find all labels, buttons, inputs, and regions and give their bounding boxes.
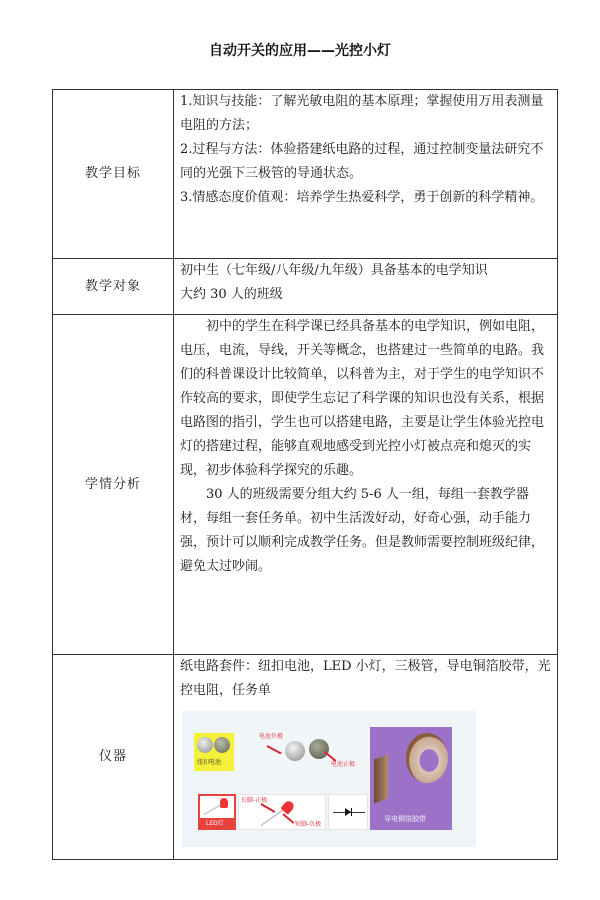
tape-strip	[374, 754, 388, 803]
led-label: LED灯	[206, 820, 224, 828]
led-polarity-box: 长脚-正极 短脚-负极	[238, 794, 326, 830]
battery-coin-icon	[214, 737, 230, 753]
analysis-paragraph-1: 初中的学生在科学课已经具备基本的电学知识，例如电阻，电压，电流，导线，开关等概念…	[180, 315, 551, 483]
led-leg	[261, 810, 283, 826]
battery-coin-icon	[285, 741, 305, 761]
led-icon	[220, 798, 228, 808]
battery-coin-icon	[197, 737, 213, 753]
arrow-icon	[267, 745, 282, 754]
document-title: 自动开关的应用——光控小灯	[0, 40, 600, 60]
arrow-icon	[282, 813, 294, 824]
equipment-figure: 纽扣电池 电池负极 电池正极 LED灯	[182, 711, 476, 847]
objective-knowledge: 1.知识与技能：了解光敏电阻的基本原理；掌握使用万用表测量电阻的方法；	[180, 90, 551, 138]
table-row-analysis: 学情分析 初中的学生在科学课已经具备基本的电学知识，例如电阻，电压，电流，导线，…	[53, 315, 558, 655]
led-image	[200, 796, 234, 818]
led-symbol-box	[328, 794, 368, 830]
analysis-content: 初中的学生在科学课已经具备基本的电学知识，例如电阻，电压，电流，导线，开关等概念…	[174, 315, 558, 655]
battery-coin-icon	[309, 739, 329, 759]
table-row-objectives: 教学目标 1.知识与技能：了解光敏电阻的基本原理；掌握使用万用表测量电阻的方法；…	[53, 90, 558, 259]
analysis-paragraph-2: 30 人的班级需要分组大约 5-6 人一组，每组一套教学器材，每组一套任务单。初…	[180, 483, 551, 579]
table-row-equipment: 仪器 纸电路套件：纽扣电池，LED 小灯，三极管，导电铜箔胶带，光控电阻，任务单…	[53, 655, 558, 860]
diode-bar	[351, 808, 352, 816]
row-label-audience: 教学对象	[53, 259, 174, 315]
button-battery-box: 纽扣电池	[194, 733, 234, 771]
audience-line-1: 初中生（七年级/八年级/九年级）具备基本的电学知识	[180, 259, 551, 283]
copper-tape-box: 导电铜箔胶带	[370, 727, 452, 830]
battery-polarity-box: 电池负极 电池正极	[237, 731, 375, 773]
led-short-leg-label: 短脚-负极	[295, 821, 321, 829]
objective-process: 2.过程与方法：体验搭建纸电路的过程，通过控制变量法研究不同的光强下三极管的导通…	[180, 138, 551, 186]
battery-negative-label: 电池负极	[259, 733, 283, 741]
copper-tape-label: 导电铜箔胶带	[384, 815, 426, 823]
led-box: LED灯	[198, 794, 236, 830]
audience-line-2: 大约 30 人的班级	[180, 283, 551, 307]
row-label-equipment: 仪器	[53, 655, 174, 860]
tape-roll-icon	[406, 733, 448, 783]
equipment-content: 纸电路套件：纽扣电池，LED 小灯，三极管，导电铜箔胶带，光控电阻，任务单 纽扣…	[174, 655, 558, 860]
row-label-analysis: 学情分析	[53, 315, 174, 655]
audience-content: 初中生（七年级/八年级/九年级）具备基本的电学知识 大约 30 人的班级	[174, 259, 558, 315]
equipment-list: 纸电路套件：纽扣电池，LED 小灯，三极管，导电铜箔胶带，光控电阻，任务单	[180, 655, 551, 703]
objective-attitude: 3.情感态度价值观：培养学生热爱科学，勇于创新的科学精神。	[180, 186, 551, 210]
objectives-content: 1.知识与技能：了解光敏电阻的基本原理；掌握使用万用表测量电阻的方法； 2.过程…	[174, 90, 558, 259]
table-row-audience: 教学对象 初中生（七年级/八年级/九年级）具备基本的电学知识 大约 30 人的班…	[53, 259, 558, 315]
battery-label: 纽扣电池	[197, 759, 221, 767]
led-leg	[204, 805, 220, 815]
arrow-icon	[261, 803, 276, 813]
battery-positive-label: 电池正极	[331, 761, 355, 769]
lesson-plan-table: 教学目标 1.知识与技能：了解光敏电阻的基本原理；掌握使用万用表测量电阻的方法；…	[52, 89, 558, 860]
row-label-objectives: 教学目标	[53, 90, 174, 259]
